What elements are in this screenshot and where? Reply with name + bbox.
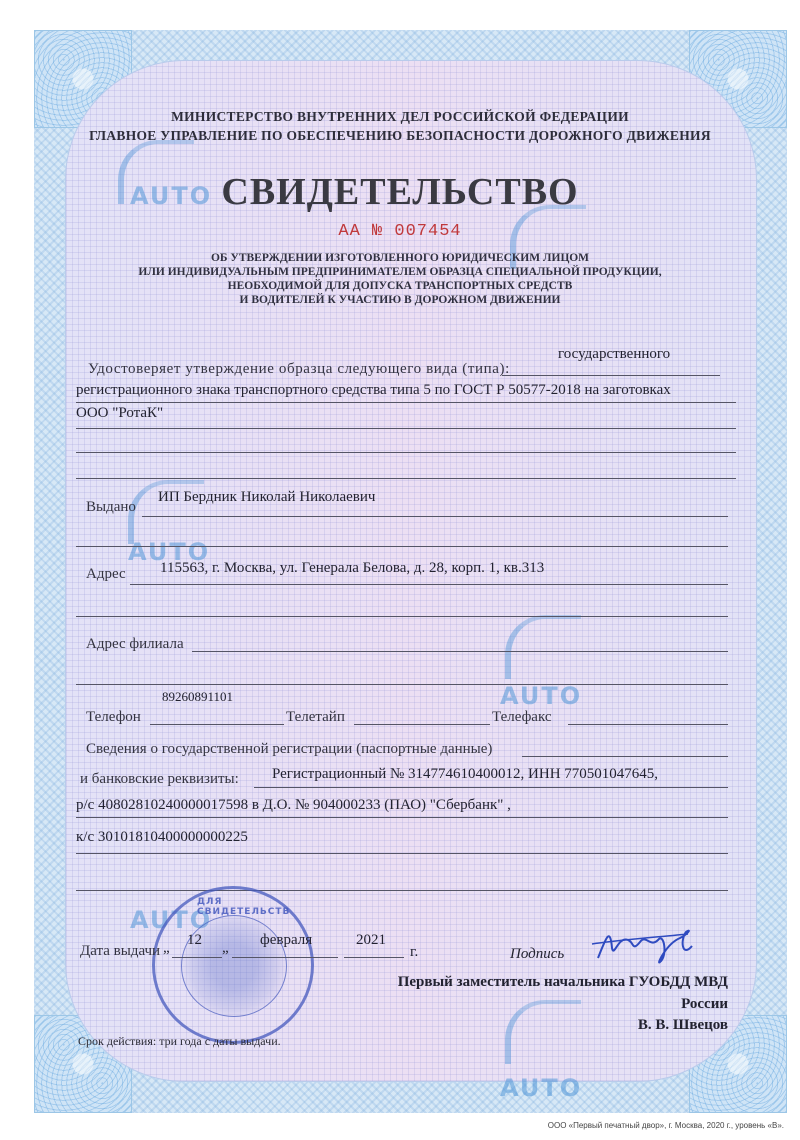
field-line xyxy=(76,402,736,403)
field-line xyxy=(76,616,728,617)
field-line xyxy=(192,651,728,652)
phone-label: Телефон xyxy=(86,709,141,726)
certifies-value: ООО "РотаК" xyxy=(76,405,163,422)
issued-value: ИП Бердник Николай Николаевич xyxy=(158,489,375,506)
field-line xyxy=(172,957,222,958)
field-line xyxy=(76,684,728,685)
serial-number: АА № 007454 xyxy=(0,222,800,241)
issue-date-label: Дата выдачи xyxy=(80,943,160,960)
field-line xyxy=(142,516,728,517)
field-line xyxy=(522,756,728,757)
field-line xyxy=(76,853,728,854)
certifies-label: Удостоверяет утверждение образца следующ… xyxy=(88,361,510,378)
field-line xyxy=(344,957,404,958)
certifies-value: регистрационного знака транспортного сре… xyxy=(76,382,671,399)
subtitle-line: ОБ УТВЕРЖДЕНИИ ИЗГОТОВЛЕННОГО ЮРИДИЧЕСКИ… xyxy=(0,252,800,264)
auto-watermark: AUTO xyxy=(500,682,582,710)
field-line xyxy=(76,452,736,453)
teletype-label: Телетайп xyxy=(286,709,345,726)
certifies-value: государственного xyxy=(558,346,670,363)
signer-title: России xyxy=(681,996,728,1013)
branch-address-label: Адрес филиала xyxy=(86,636,184,653)
close-quote: „ xyxy=(222,940,229,957)
bank-label: и банковские реквизиты: xyxy=(80,771,239,788)
coat-of-arms-icon xyxy=(181,915,287,1017)
official-stamp: ДЛЯ СВИДЕТЕЛЬСТВ xyxy=(152,886,314,1044)
signature-label: Подпись xyxy=(510,946,564,963)
field-line xyxy=(150,724,284,725)
field-line xyxy=(354,724,490,725)
bank-value: Регистрационный № 314774610400012, ИНН 7… xyxy=(272,766,658,783)
field-line xyxy=(130,584,728,585)
subtitle-line: НЕОБХОДИМОЙ ДЛЯ ДОПУСКА ТРАНСПОРТНЫХ СРЕ… xyxy=(0,280,800,292)
document-title: СВИДЕТЕЛЬСТВО xyxy=(0,170,800,214)
department-header: ГЛАВНОЕ УПРАВЛЕНИЕ ПО ОБЕСПЕЧЕНИЮ БЕЗОПА… xyxy=(0,128,800,144)
issue-day: 12 xyxy=(187,932,202,949)
subtitle-line: ИЛИ ИНДИВИДУАЛЬНЫМ ПРЕДПРИНИМАТЕЛЕМ ОБРА… xyxy=(0,266,800,278)
issued-label: Выдано xyxy=(86,499,136,516)
bank-value: к/с 30101810400000000225 xyxy=(76,829,248,846)
signature-icon xyxy=(588,918,706,968)
field-line xyxy=(76,890,728,891)
issue-year: 2021 xyxy=(356,932,386,949)
field-line xyxy=(76,428,736,429)
subtitle-line: И ВОДИТЕЛЕЙ К УЧАСТИЮ В ДОРОЖНОМ ДВИЖЕНИ… xyxy=(0,294,800,306)
registration-label: Сведения о государственной регистрации (… xyxy=(86,741,492,758)
validity-note: Срок действия: три года с даты выдачи. xyxy=(78,1034,281,1049)
fax-label: Телефакс xyxy=(492,709,552,726)
printer-imprint: ООО «Первый печатный двор», г. Москва, 2… xyxy=(548,1121,784,1130)
ministry-header: МИНИСТЕРСТВО ВНУТРЕННИХ ДЕЛ РОССИЙСКОЙ Ф… xyxy=(0,109,800,125)
field-line xyxy=(254,787,728,788)
signer-title: Первый заместитель начальника ГУОБДД МВД xyxy=(398,974,728,991)
address-value: 115563, г. Москва, ул. Генерала Белова, … xyxy=(160,560,544,577)
stamp-text: ДЛЯ СВИДЕТЕЛЬСТВ xyxy=(197,897,311,917)
field-line xyxy=(232,957,338,958)
field-line xyxy=(76,546,728,547)
field-line xyxy=(502,375,720,376)
field-line xyxy=(76,478,736,479)
address-label: Адрес xyxy=(86,566,126,583)
field-line xyxy=(568,724,728,725)
bank-value: р/с 40802810240000017598 в Д.О. № 904000… xyxy=(76,797,511,814)
field-line xyxy=(76,817,728,818)
phone-value: 89260891101 xyxy=(162,689,233,705)
open-quote: „ xyxy=(163,940,170,957)
signer-name: В. В. Швецов xyxy=(638,1017,728,1034)
issue-month: февраля xyxy=(260,932,312,949)
auto-watermark: AUTO xyxy=(500,1074,582,1102)
year-suffix: г. xyxy=(410,944,418,961)
